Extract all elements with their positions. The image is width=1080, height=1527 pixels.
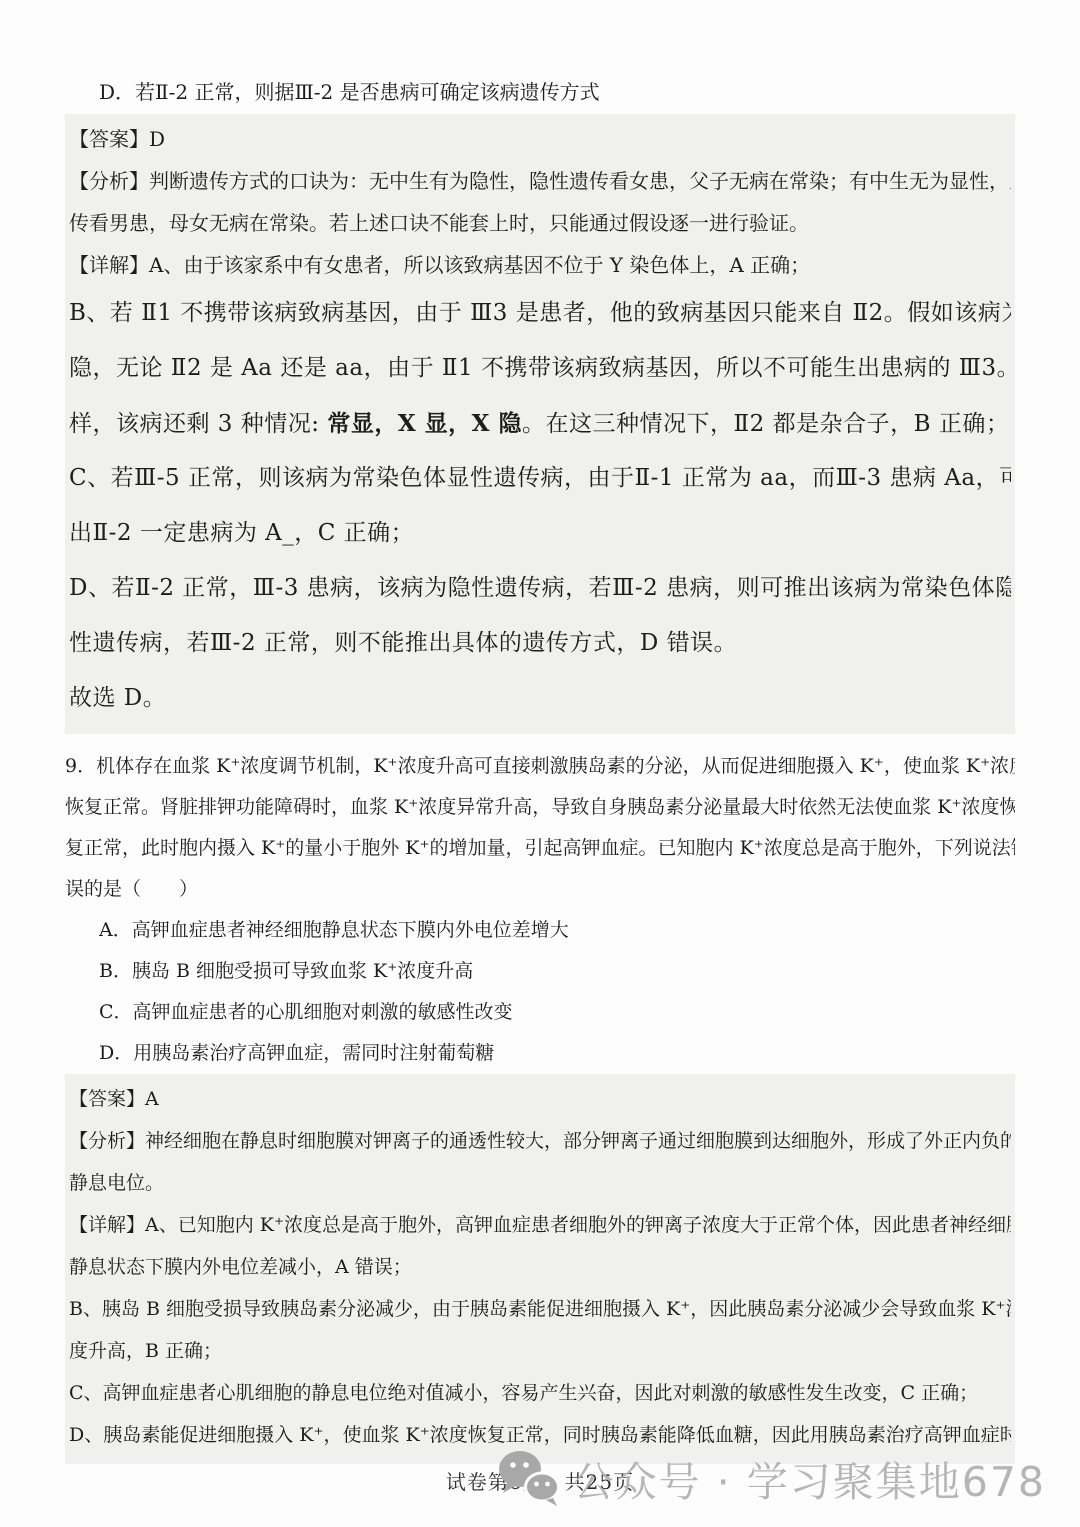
q8-detail-b-line-1: B、若 Ⅱ1 不携带该病致病基因，由于 Ⅲ3 是患者，他的致病基因只能来自 Ⅱ2… (69, 286, 1011, 341)
q9-stem-line-3: 复正常，此时胞内摄入 K⁺的量小于胞外 K⁺的增加量，引起高钾血症。已知胞内 K… (65, 828, 1015, 869)
q8-detail-b-line-3: 样，该病还剩 3 种情况: 常显，X 显，X 隐。在这三种情况下，Ⅱ2 都是杂合… (69, 396, 1011, 451)
question8-option-d: D．若Ⅱ-2 正常，则据Ⅲ-2 是否患病可确定该病遗传方式 (65, 70, 1015, 114)
q9-detail-a-line-2: 静息状态下膜内外电位差减小，A 错误； (69, 1246, 1011, 1288)
q9-options: A．高钾血症患者神经细胞静息状态下膜内外电位差增大 B．胰岛 B 细胞受损可导致… (65, 910, 1015, 1074)
watermark: 公众号 · 学习聚集地678 (497, 1448, 1046, 1508)
q9-answer-line: 【答案】A (69, 1078, 1011, 1120)
q8-conclusion: 故选 D。 (69, 671, 1011, 726)
answer-block-q8: 【答案】D 【分析】判断遗传方式的口诀为：无中生有为隐性，隐性遗传看女患，父子无… (65, 114, 1015, 734)
q9-option-d: D．用胰岛素治疗高钾血症，需同时注射葡萄糖 (99, 1033, 1015, 1074)
q8-answer-line: 【答案】D (69, 118, 1011, 160)
q8-analysis-line-2: 传看男患，母女无病在常染。若上述口诀不能套上时，只能通过假设逐一进行验证。 (69, 202, 1011, 244)
exam-answer-page: D．若Ⅱ-2 正常，则据Ⅲ-2 是否患病可确定该病遗传方式 【答案】D 【分析】… (0, 0, 1080, 1527)
q9-detail-a-line-1: 【详解】A、已知胞内 K⁺浓度总是高于胞外，高钾血症患者细胞外的钾离子浓度大于正… (69, 1204, 1011, 1246)
q9-option-b: B．胰岛 B 细胞受损可导致血浆 K⁺浓度升高 (99, 951, 1015, 992)
q8-detail-d-line-1: D、若Ⅱ-2 正常，Ⅲ-3 患病，该病为隐性遗传病，若Ⅲ-2 患病，则可推出该病… (69, 561, 1011, 616)
q9-analysis-line-1: 【分析】神经细胞在静息时细胞膜对钾离子的通透性较大，部分钾离子通过细胞膜到达细胞… (69, 1120, 1011, 1162)
q9-option-a: A．高钾血症患者神经细胞静息状态下膜内外电位差增大 (99, 910, 1015, 951)
q8-detail-d-line-2: 性遗传病，若Ⅲ-2 正常，则不能推出具体的遗传方式，D 错误。 (69, 616, 1011, 671)
q8-detail-b-line-3-prefix: 样，该病还剩 3 种情况: (69, 411, 327, 437)
q8-detail-b-line-2: 隐，无论 Ⅱ2 是 Aa 还是 aa，由于 Ⅱ1 不携带该病致病基因，所以不可能… (69, 341, 1011, 396)
q9-stem-line-2: 恢复正常。肾脏排钾功能障碍时，血浆 K⁺浓度异常升高，导致自身胰岛素分泌量最大时… (65, 787, 1015, 828)
q8-detail-c-line-1: C、若Ⅲ-5 正常，则该病为常染色体显性遗传病，由于Ⅱ-1 正常为 aa，而Ⅲ-… (69, 451, 1011, 506)
q8-detail-b-line-3-suffix: 。在这三种情况下，Ⅱ2 都是杂合子，B 正确； (522, 411, 1009, 437)
q9-detail-b-line-1: B、胰岛 B 细胞受损导致胰岛素分泌减少，由于胰岛素能促进细胞摄入 K⁺，因此胰… (69, 1288, 1011, 1330)
q9-stem-line-4: 误的是（ ） (65, 869, 1015, 910)
q9-detail-c-line: C、高钾血症患者心肌细胞的静息电位绝对值减小，容易产生兴奋，因此对刺激的敏感性发… (69, 1372, 1011, 1414)
answer-block-q9: 【答案】A 【分析】神经细胞在静息时细胞膜对钾离子的通透性较大，部分钾离子通过细… (65, 1074, 1015, 1464)
q8-detail-b-line-3-bold: 常显，X 显，X 隐 (327, 410, 522, 437)
q9-detail-b-line-2: 度升高，B 正确； (69, 1330, 1011, 1372)
q8-detail-c-line-2: 出Ⅱ-2 一定患病为 A_，C 正确； (69, 506, 1011, 561)
q9-analysis-line-2: 静息电位。 (69, 1162, 1011, 1204)
watermark-text: 公众号 · 学习聚集地678 (573, 1449, 1046, 1508)
page-content: D．若Ⅱ-2 正常，则据Ⅲ-2 是否患病可确定该病遗传方式 【答案】D 【分析】… (65, 70, 1015, 1464)
q8-detail-a-line: 【详解】A、由于该家系中有女患者，所以该致病基因不位于 Y 染色体上，A 正确； (69, 244, 1011, 286)
wechat-icon (497, 1448, 561, 1508)
q9-option-c: C．高钾血症患者的心肌细胞对刺激的敏感性改变 (99, 992, 1015, 1033)
question9: 9．机体存在血浆 K⁺浓度调节机制，K⁺浓度升高可直接刺激胰岛素的分泌，从而促进… (65, 746, 1015, 1074)
q8-analysis-line-1: 【分析】判断遗传方式的口诀为：无中生有为隐性，隐性遗传看女患，父子无病在常染；有… (69, 160, 1011, 202)
q9-stem-line-1: 9．机体存在血浆 K⁺浓度调节机制，K⁺浓度升高可直接刺激胰岛素的分泌，从而促进… (65, 746, 1015, 787)
